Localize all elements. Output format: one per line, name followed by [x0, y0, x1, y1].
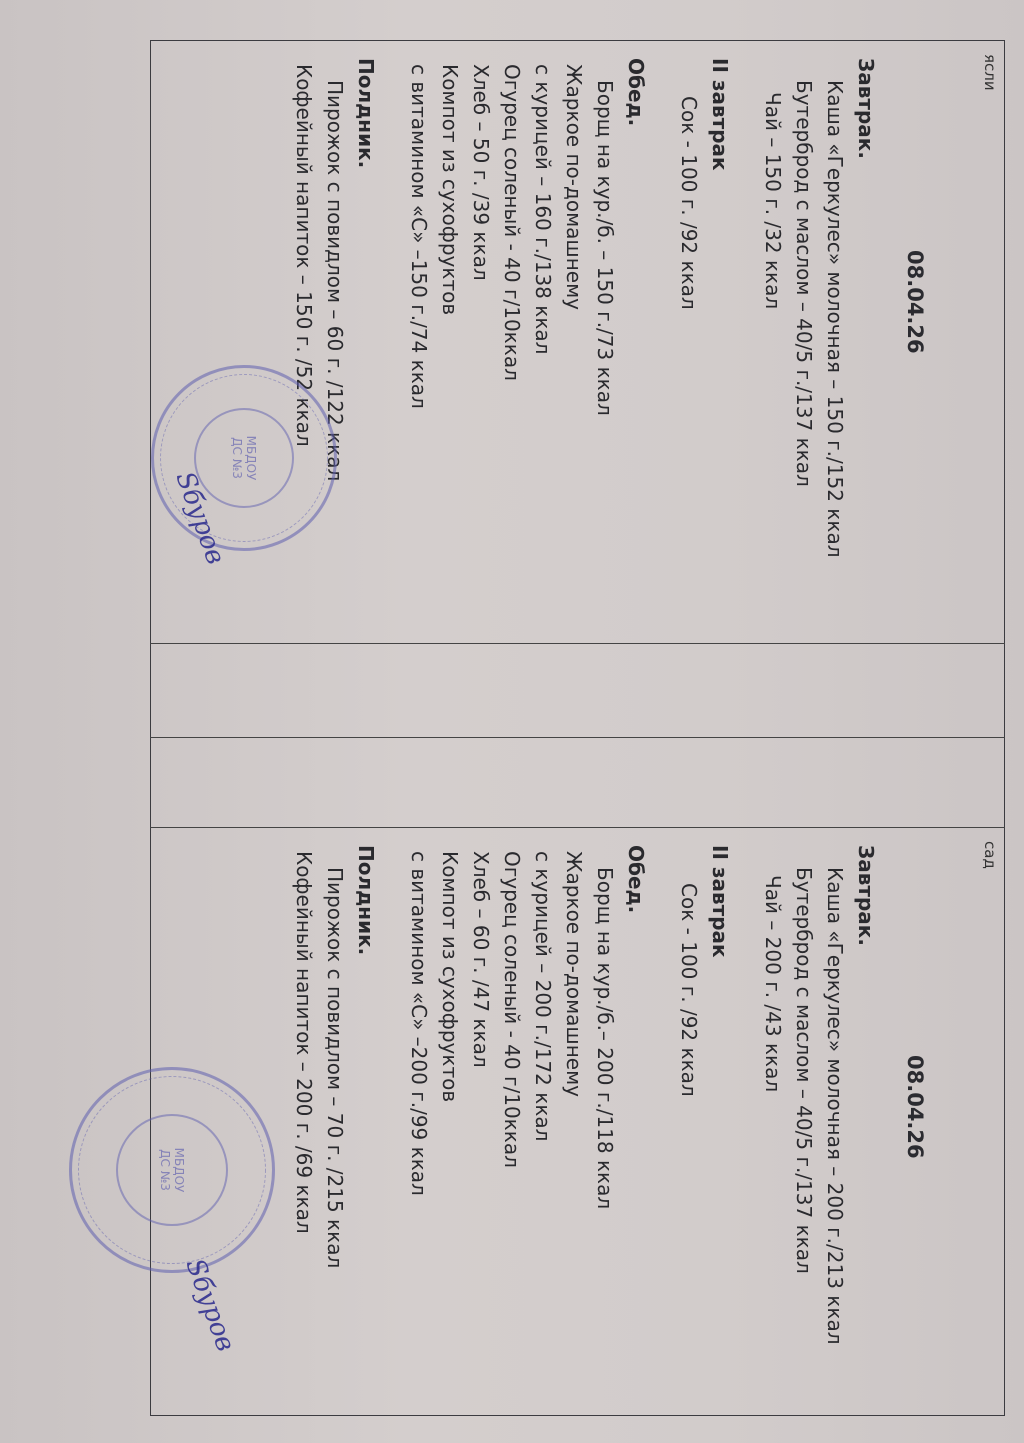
meal-title-second-breakfast: II завтрак	[704, 58, 735, 558]
menu-item: Кофейный напиток – 200 г. /69 ккал	[288, 845, 319, 1345]
menu-date: 08.04.26	[903, 250, 927, 354]
menu-item: Каша «Геркулес» молочная – 150 г./152 кк…	[819, 58, 850, 558]
official-stamp: МБДОУ ДС №3	[151, 365, 337, 551]
menu-item: Компот из сухофруктов	[434, 845, 465, 1345]
menu-item: Борщ на кур./б.– 200 г./118 ккал	[589, 845, 620, 1345]
menu-item: Жаркое по-домашнему	[558, 845, 589, 1345]
menu-item: Пирожок с повидлом – 70 г. /215 ккал	[319, 845, 350, 1345]
signature: Ѕбуров	[179, 1255, 240, 1356]
menu-date: 08.04.26	[903, 1055, 927, 1159]
divider-line	[150, 737, 1005, 738]
meal-title-breakfast: Завтрак.	[850, 58, 881, 558]
stamp-text: МБДОУ	[172, 1148, 186, 1193]
menu-item: Борщ на кур./б. – 150 г./73 ккал	[589, 58, 620, 558]
menu-item: Хлеб – 50 г. /39 ккал	[465, 58, 496, 558]
panel-yasli: ясли 08.04.26 Завтрак. Каша «Геркулес» м…	[150, 40, 1005, 643]
menu-item: Жаркое по-домашнему	[558, 58, 589, 558]
menu-item: Чай – 150 г. /32 ккал	[757, 58, 788, 558]
menu-item: Сок - 100 г. /92 ккал	[673, 845, 704, 1345]
meal-title-lunch: Обед.	[620, 845, 651, 1345]
meal-title-lunch: Обед.	[620, 58, 651, 558]
menu-item: Бутерброд с маслом – 40/5 г./137 ккал	[788, 845, 819, 1345]
menu-sheet: ясли 08.04.26 Завтрак. Каша «Геркулес» м…	[0, 0, 1024, 1443]
menu-item: с витамином «С» –150 г./74 ккал	[403, 58, 434, 558]
meal-title-snack: Полдник.	[350, 845, 381, 1345]
group-label: ясли	[981, 54, 999, 91]
stamp-text: ДС №3	[230, 437, 244, 479]
divider-line	[150, 643, 1005, 644]
menu-item: с курицей – 200 г./172 ккал	[527, 845, 558, 1345]
menu-item: Компот из сухофруктов	[434, 58, 465, 558]
meal-title-snack: Полдник.	[350, 58, 381, 558]
official-stamp: МБДОУ ДС №3	[69, 1067, 275, 1273]
meal-list: Завтрак. Каша «Геркулес» молочная – 150 …	[288, 58, 881, 558]
menu-item: Сок - 100 г. /92 ккал	[673, 58, 704, 558]
stamp-text: МБДОУ	[244, 436, 258, 481]
menu-item: с курицей – 160 г./138 ккал	[527, 58, 558, 558]
panel-sad: сад 08.04.26 Завтрак. Каша «Геркулес» мо…	[150, 827, 1005, 1416]
meal-title-breakfast: Завтрак.	[850, 845, 881, 1345]
stamp-text: ДС №3	[158, 1149, 172, 1191]
menu-item: Бутерброд с маслом – 40/5 г./137 ккал	[788, 58, 819, 558]
menu-item: с витамином «С» –200 г./99 ккал	[403, 845, 434, 1345]
menu-item: Хлеб – 60 г. /47 ккал	[465, 845, 496, 1345]
menu-item: Огурец соленый - 40 г/10ккал	[496, 845, 527, 1345]
menu-item: Каша «Геркулес» молочная – 200 г./213 кк…	[819, 845, 850, 1345]
menu-item: Чай – 200 г. /43 ккал	[757, 845, 788, 1345]
meal-list: Завтрак. Каша «Геркулес» молочная – 200 …	[288, 845, 881, 1345]
group-label: сад	[981, 841, 999, 869]
meal-title-second-breakfast: II завтрак	[704, 845, 735, 1345]
menu-item: Огурец соленый - 40 г/10ккал	[496, 58, 527, 558]
